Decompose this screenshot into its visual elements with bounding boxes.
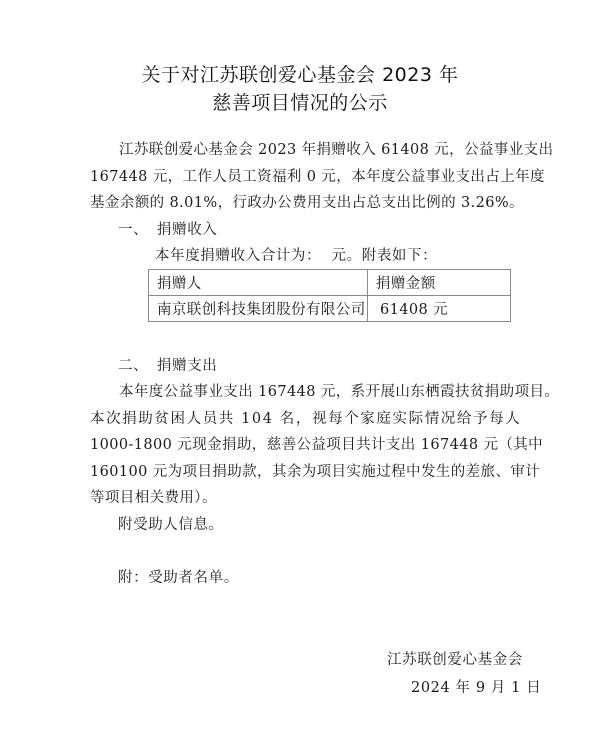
- intro-line: 江苏联创爱心基金会 2023 年捐赠收入 61408 元，公益事业支出: [90, 137, 514, 164]
- section2-line: 160100 元为项目捐助款，其余为项目实施过程中发生的差旅、审计: [90, 459, 514, 486]
- section1-number: 一、: [118, 217, 148, 244]
- attachment-label: 附：受助者名单。: [118, 565, 239, 592]
- signature-date: 2024 年 9 月 1 日: [411, 675, 541, 702]
- signature-organization: 江苏联创爱心基金会: [387, 647, 523, 674]
- section2-line: 等项目相关费用）。: [90, 485, 514, 512]
- table-row: 南京联创科技集团股份有限公司 61408 元: [149, 296, 511, 322]
- document-title-line-2: 慈善项目情况的公示: [0, 88, 600, 115]
- section2-line: 本次捐助贫困人员共 104 名，视每个家庭实际情况给予每人: [90, 406, 514, 433]
- intro-paragraph: 江苏联创爱心基金会 2023 年捐赠收入 61408 元，公益事业支出 1674…: [90, 137, 514, 217]
- table-cell-donor: 南京联创科技集团股份有限公司: [149, 296, 368, 322]
- section1-heading: 捐赠收入: [157, 217, 217, 244]
- section2-number: 二、: [118, 353, 148, 380]
- beneficiary-note: 附受助人信息。: [118, 512, 224, 539]
- donations-table: 捐赠人 捐赠金额 南京联创科技集团股份有限公司 61408 元: [148, 269, 511, 322]
- section2-heading: 捐赠支出: [157, 353, 217, 380]
- section2-paragraph: 本年度公益事业支出 167448 元，系开展山东栖霞扶贫捐助项目。 本次捐助贫困…: [90, 379, 514, 512]
- table-header-donor: 捐赠人: [149, 270, 368, 296]
- section2-line: 本年度公益事业支出 167448 元，系开展山东栖霞扶贫捐助项目。: [90, 379, 514, 406]
- section1-summary: 本年度捐赠收入合计为： 元。附表如下：: [155, 243, 437, 270]
- table-header-row: 捐赠人 捐赠金额: [149, 270, 511, 296]
- table-cell-amount: 61408 元: [368, 296, 511, 322]
- table-header-amount: 捐赠金额: [368, 270, 511, 296]
- section2-line: 1000-1800 元现金捐助，慈善公益项目共计支出 167448 元（其中: [90, 432, 514, 459]
- intro-line: 基金余额的 8.01%，行政办公费用支出占总支出比例的 3.26%。: [90, 190, 514, 217]
- intro-line: 167448 元，工作人员工资福利 0 元，本年度公益事业支出占上年度: [90, 164, 514, 191]
- document-title-line-1: 关于对江苏联创爱心基金会 2023 年: [0, 60, 600, 87]
